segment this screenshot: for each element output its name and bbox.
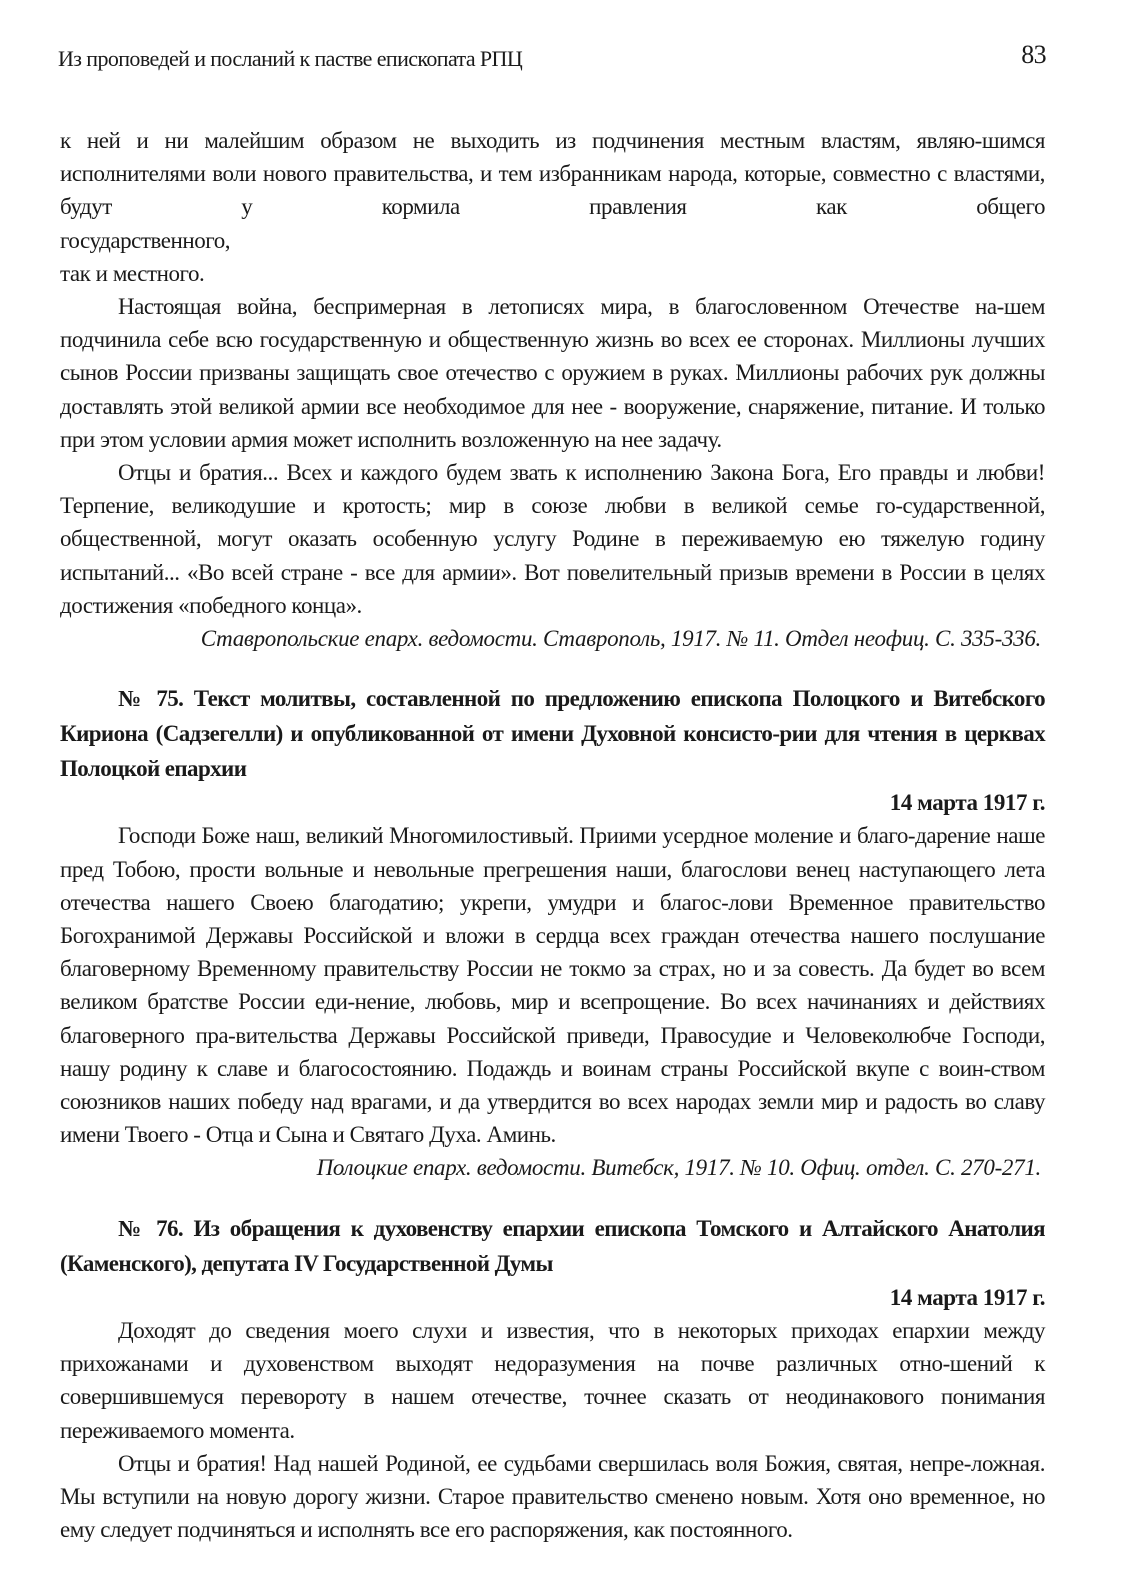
section-gap	[60, 655, 1045, 681]
document-heading: № 76. Из обращения к духовенству епархии…	[60, 1211, 1045, 1281]
document-76: № 76. Из обращения к духовенству епархии…	[60, 1211, 1045, 1547]
paragraph: Отцы и братия! Над нашей Родиной, ее суд…	[60, 1447, 1045, 1547]
document-75: № 75. Текст молитвы, составленной по пре…	[60, 681, 1045, 1184]
paragraph: Отцы и братия... Всех и каждого будем зв…	[60, 456, 1045, 622]
document-date: 14 марта 1917 г.	[60, 786, 1045, 819]
continuation-text: к ней и ни малейшим образом не выходить …	[60, 124, 1045, 224]
running-title: Из проповедей и посланий к пастве еписко…	[58, 46, 522, 72]
paragraph: Настоящая война, беспримерная в летопися…	[60, 290, 1045, 456]
page-body: к ней и ни малейшим образом не выходить …	[60, 124, 1045, 1546]
continuation-text: так и местного.	[60, 257, 1045, 290]
paragraph: Доходят до сведения моего слухи и извест…	[60, 1314, 1045, 1447]
page-number: 83	[1021, 40, 1046, 70]
document-date: 14 марта 1917 г.	[60, 1281, 1045, 1314]
source-citation: Ставропольские епарх. ведомости. Ставроп…	[60, 622, 1045, 655]
source-citation: Полоцкие епарх. ведомости. Витебск, 1917…	[60, 1151, 1045, 1184]
document-heading: № 75. Текст молитвы, составленной по пре…	[60, 681, 1045, 786]
continuation-text: государственного,	[60, 224, 1045, 257]
paragraph: Господи Боже наш, великий Многомилостивы…	[60, 819, 1045, 1151]
section-gap	[60, 1185, 1045, 1211]
running-header: Из проповедей и посланий к пастве еписко…	[58, 40, 1046, 74]
